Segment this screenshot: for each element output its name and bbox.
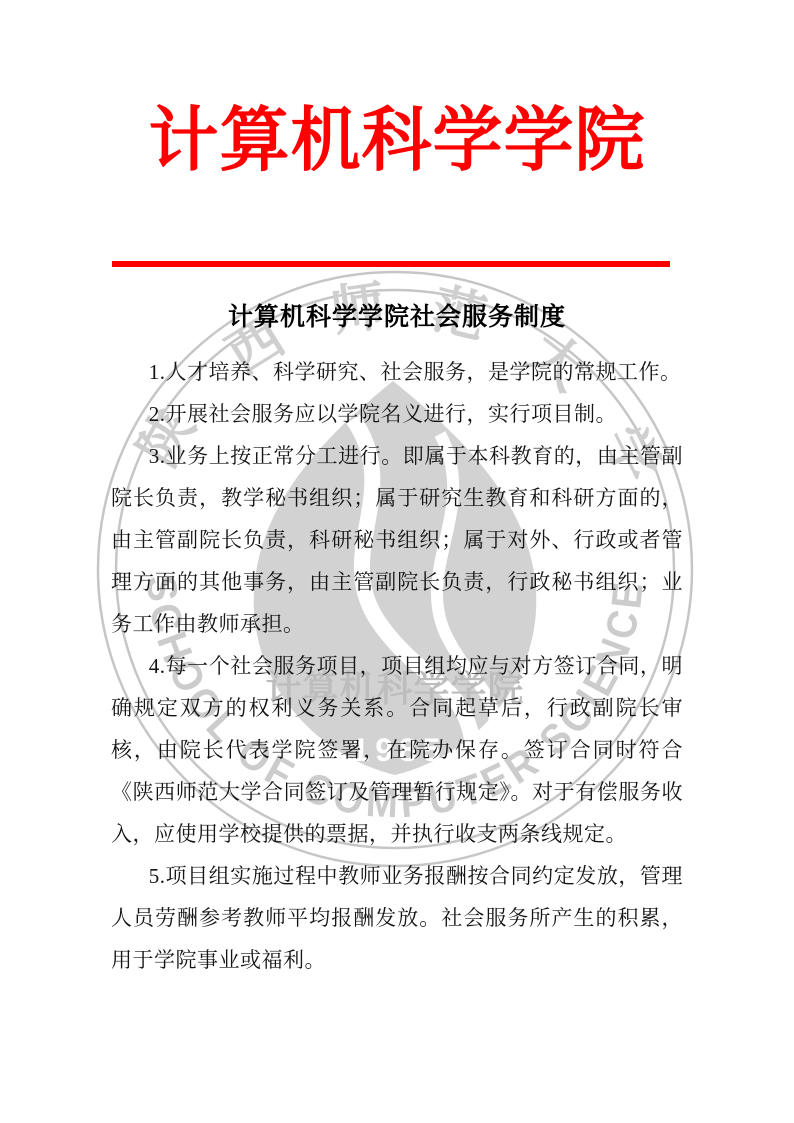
- document-title: 计算机科学学院社会服务制度: [0, 297, 794, 333]
- body-paragraph: 5.项目组实施过程中教师业务报酬按合同约定发放，管理人员劳酬参考教师平均报酬发放…: [111, 855, 683, 981]
- body-paragraph: 1.人才培养、科学研究、社会服务，是学院的常规工作。: [111, 351, 683, 393]
- body-paragraph: 4.每一个社会服务项目，项目组均应与对方签订合同，明确规定双方的权利义务关系。合…: [111, 645, 683, 855]
- red-divider: [112, 261, 670, 267]
- letterhead-title: 计算机科学学院: [0, 102, 794, 183]
- document-page: 陕 西 师 范 大 学 SCHOOL OF COMPUTER SCIENCE 计…: [0, 0, 794, 1123]
- body-paragraph: 3.业务上按正常分工进行。即属于本科教育的，由主管副院长负责，教学秘书组织；属于…: [111, 435, 683, 645]
- document-body: 1.人才培养、科学研究、社会服务，是学院的常规工作。 2.开展社会服务应以学院名…: [111, 351, 683, 981]
- body-paragraph: 2.开展社会服务应以学院名义进行，实行项目制。: [111, 393, 683, 435]
